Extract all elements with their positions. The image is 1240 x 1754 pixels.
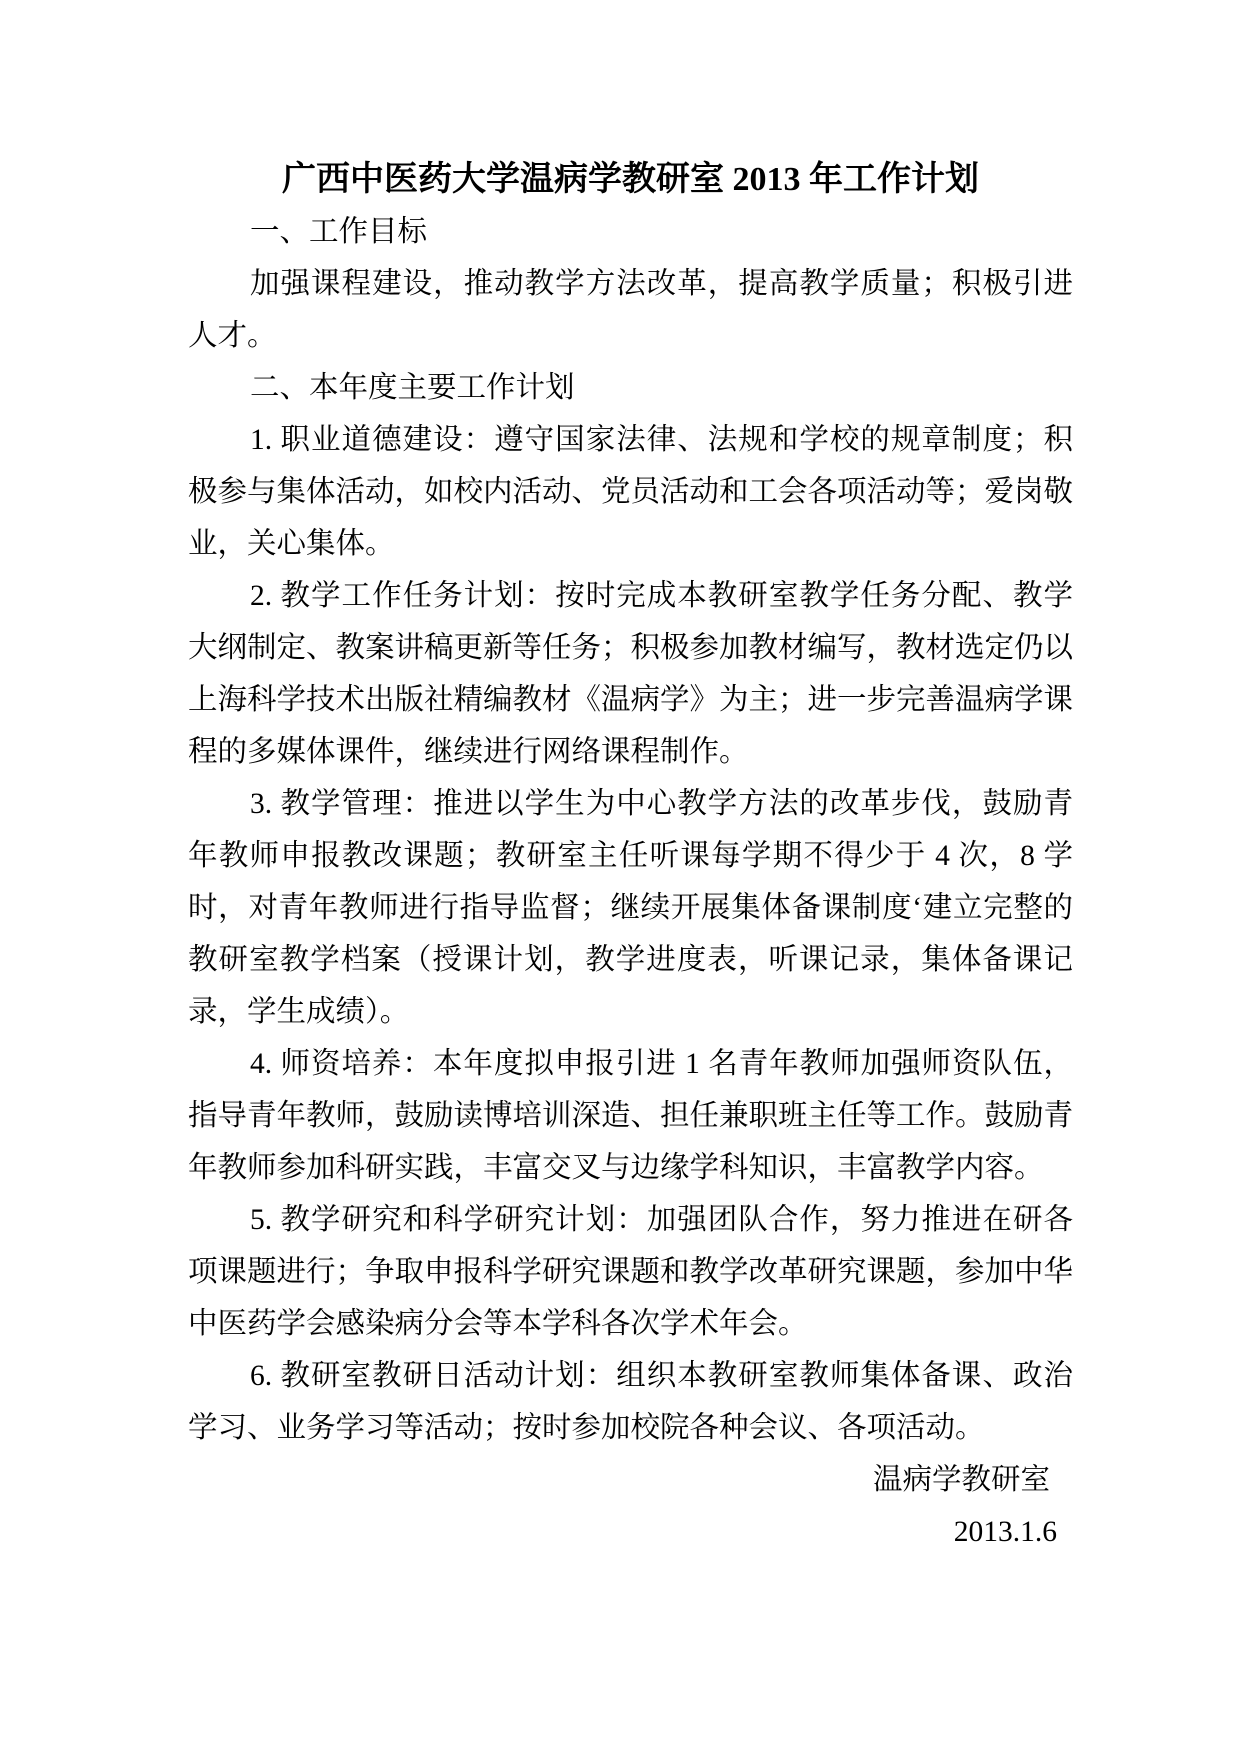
signature-date: 2013.1.6 bbox=[188, 1506, 1073, 1558]
plan-item-4-faculty-training: 4. 师资培养：本年度拟申报引进 1 名青年教师加强师资队伍，指导青年教师，鼓励… bbox=[188, 1038, 1073, 1194]
signature-department: 温病学教研室 bbox=[188, 1454, 1073, 1506]
document-page: 广西中医药大学温病学教研室 2013 年工作计划 一、工作目标 加强课程建设，推… bbox=[0, 0, 1240, 1754]
paragraph-work-goals: 加强课程建设，推动教学方法改革，提高教学质量；积极引进人才。 bbox=[188, 258, 1073, 362]
plan-item-2-teaching-tasks: 2. 教学工作任务计划：按时完成本教研室教学任务分配、教学大纲制定、教案讲稿更新… bbox=[188, 570, 1073, 778]
plan-item-1-ethics: 1. 职业道德建设：遵守国家法律、法规和学校的规章制度；积极参与集体活动，如校内… bbox=[188, 414, 1073, 570]
section-heading-work-goals: 一、工作目标 bbox=[188, 206, 1073, 258]
plan-item-5-research-plan: 5. 教学研究和科学研究计划：加强团队合作，努力推进在研各项课题进行；争取申报科… bbox=[188, 1194, 1073, 1350]
section-heading-annual-plan: 二、本年度主要工作计划 bbox=[188, 362, 1073, 414]
plan-item-3-teaching-management: 3. 教学管理：推进以学生为中心教学方法的改革步伐，鼓励青年教师申报教改课题；教… bbox=[188, 778, 1073, 1038]
document-title: 广西中医药大学温病学教研室 2013 年工作计划 bbox=[188, 154, 1073, 206]
plan-item-6-teaching-research-day: 6. 教研室教研日活动计划：组织本教研室教师集体备课、政治学习、业务学习等活动；… bbox=[188, 1350, 1073, 1454]
